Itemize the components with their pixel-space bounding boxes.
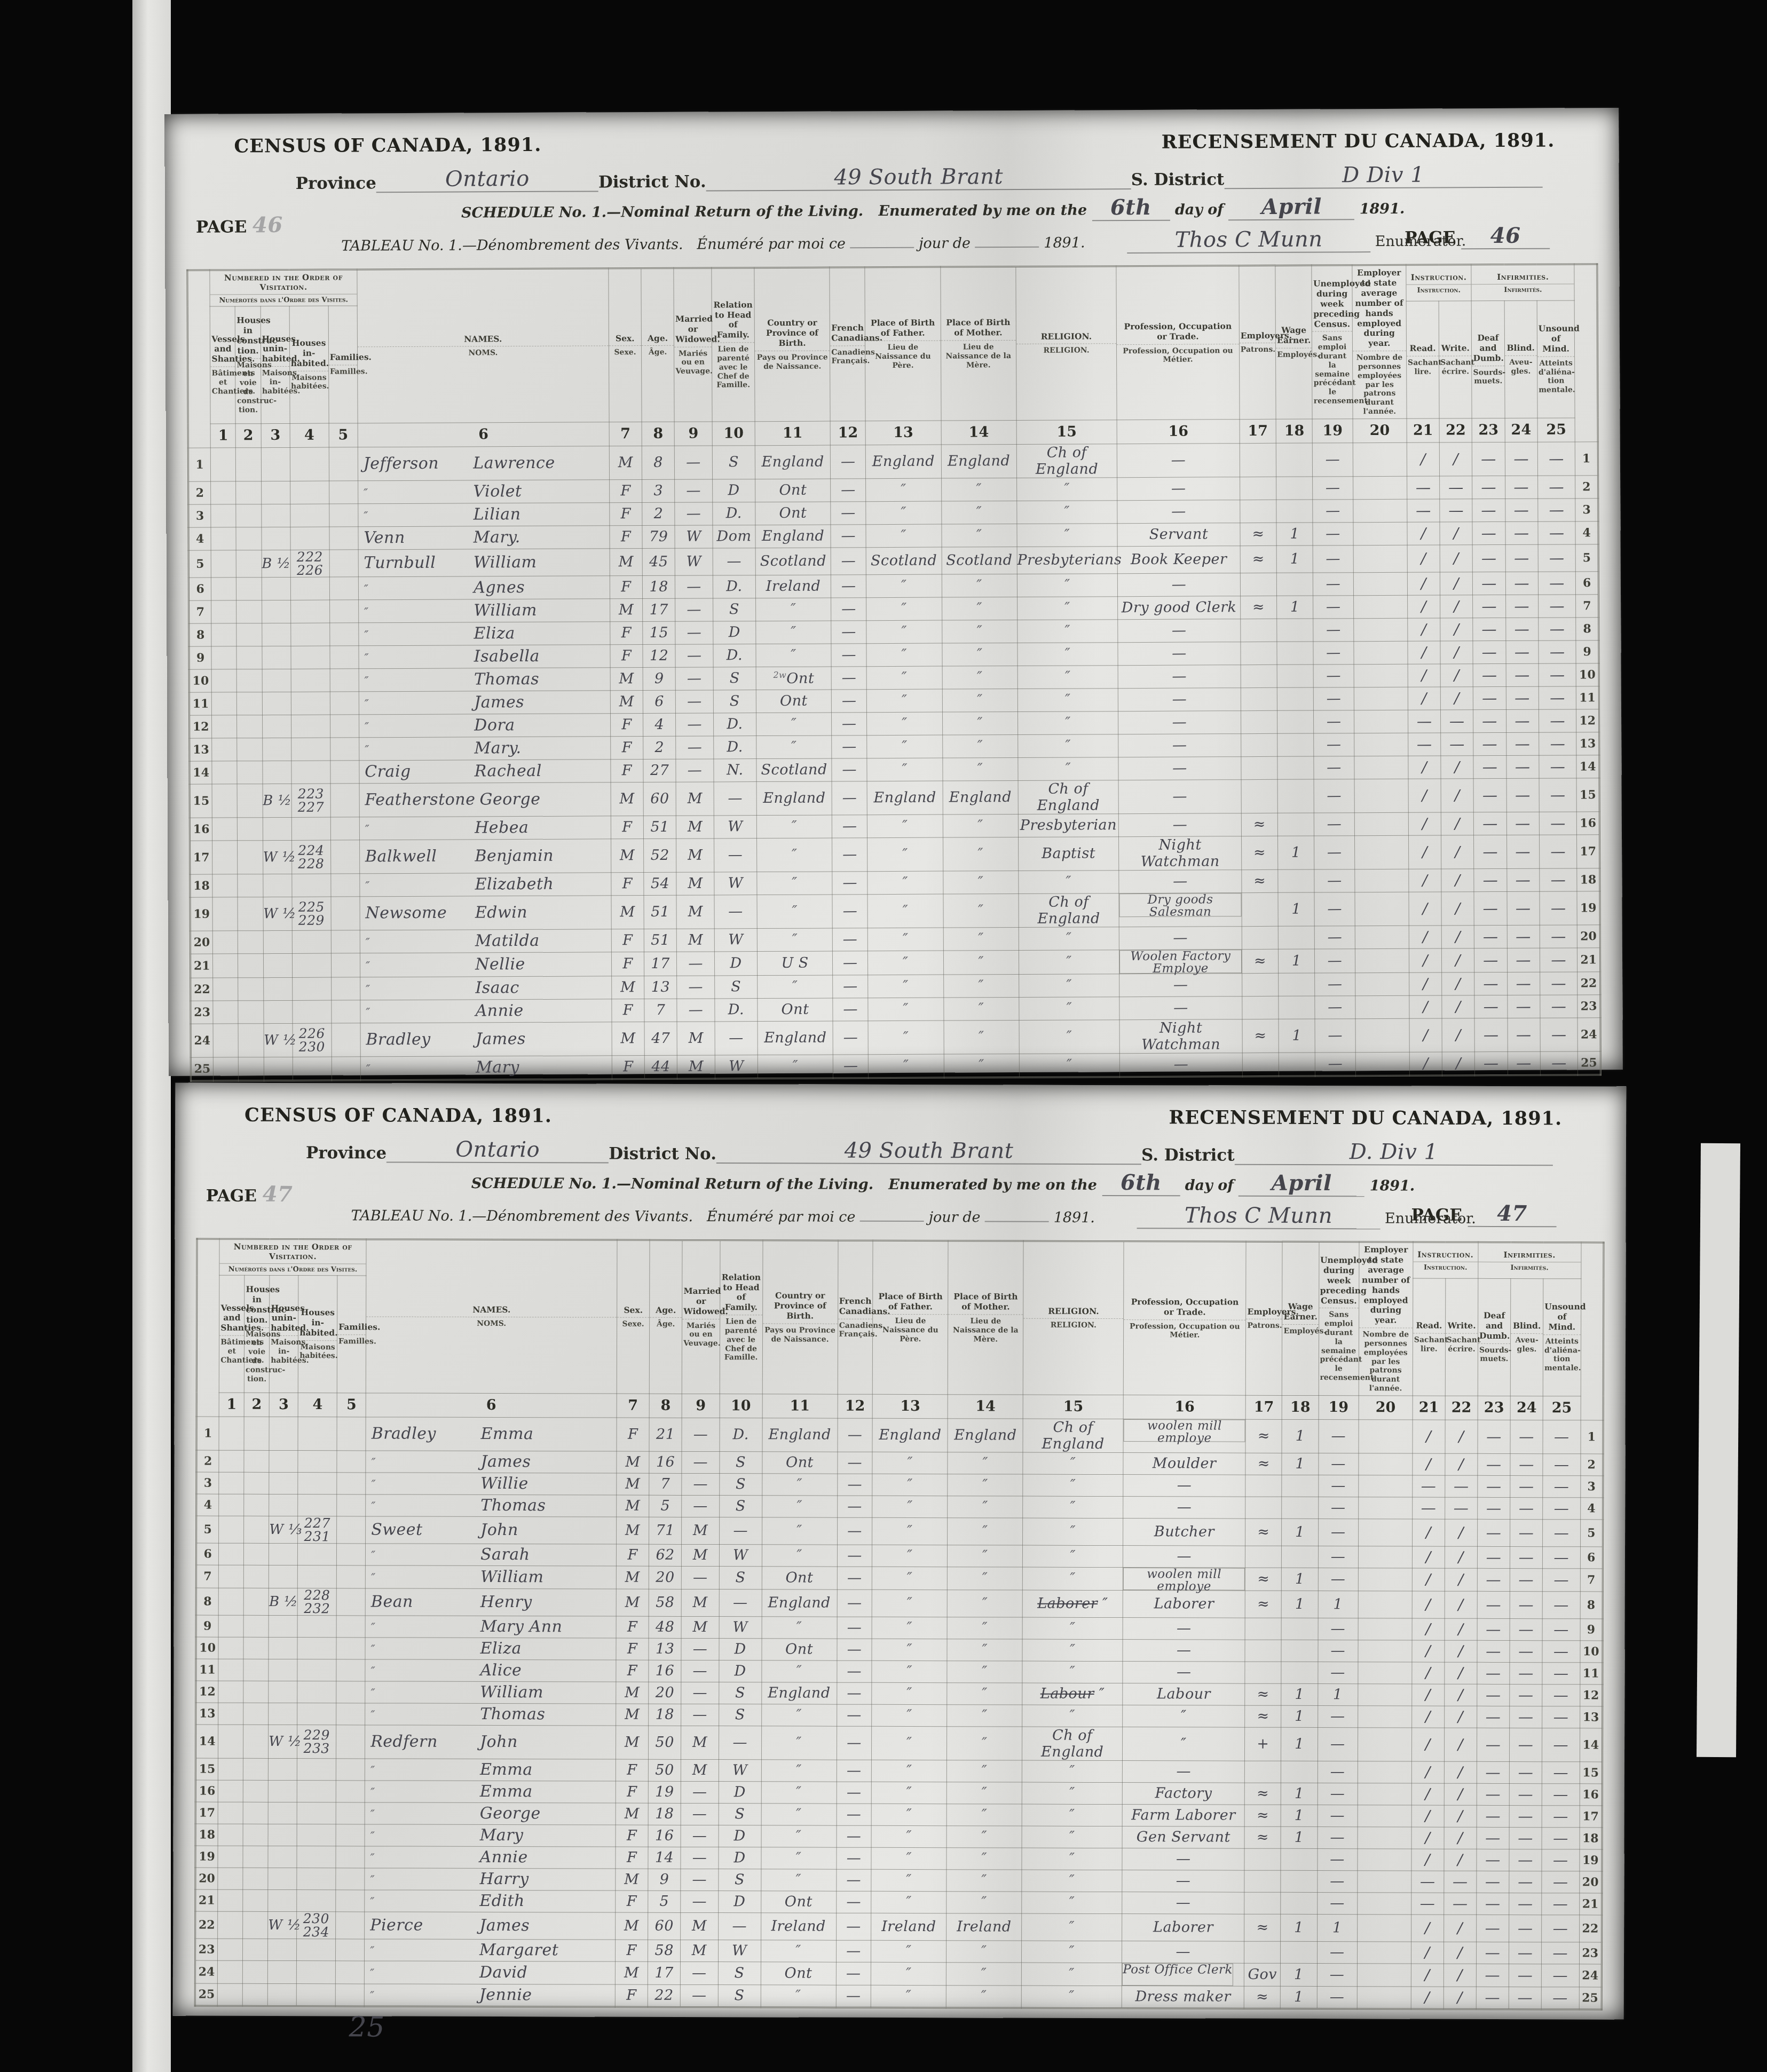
unemployed-cell: — xyxy=(1318,1727,1358,1761)
house-note-cell xyxy=(262,623,290,646)
write-cell: / xyxy=(1443,1964,1476,1987)
read-cell: / xyxy=(1409,995,1442,1018)
given-name: Nellie xyxy=(471,955,525,974)
blind-cell: — xyxy=(1510,1475,1543,1497)
construction-cell xyxy=(244,1472,269,1494)
employer-cell xyxy=(1245,1662,1281,1683)
vessels-cell xyxy=(219,1494,244,1516)
sex-cell: M xyxy=(617,1473,649,1495)
schedule-block: PAGE 47 SCHEDULE No. 1.—Nominal Return o… xyxy=(175,1167,1626,1239)
read-cell: / xyxy=(1409,892,1441,926)
name-cell: ″Hebea xyxy=(359,816,611,840)
hands-cell xyxy=(1354,641,1408,664)
age-cell: 17 xyxy=(648,1962,680,1984)
wage-cell: 1 xyxy=(1282,1568,1318,1591)
table-row: 20″HarryM9—S″—″″″———————20 xyxy=(195,1868,1602,1893)
house-number-cell: 229233 xyxy=(297,1725,336,1758)
table-row: 8B ½228232BeanHenryM58M—England—″″Labore… xyxy=(196,1588,1603,1619)
wage-cell xyxy=(1281,1662,1318,1683)
blind-cell: — xyxy=(1509,1728,1542,1761)
religion-cell: ″ xyxy=(1019,927,1119,950)
struck-religion-entry: Labour xyxy=(1040,1686,1094,1702)
surname: Turnbull xyxy=(359,553,470,573)
name-cell: ″William xyxy=(365,1681,616,1704)
father-birth-cell: ″ xyxy=(867,871,943,895)
house-number-cell: 222226 xyxy=(290,550,329,577)
wage-cell: 1 xyxy=(1281,1826,1317,1848)
mother-birth-cell: Scotland xyxy=(942,547,1017,574)
row-number-left: 22 xyxy=(191,978,214,1001)
column-header-14: Place of Birth of Mother.Lieu de Naissan… xyxy=(940,266,1016,420)
sex-cell: F xyxy=(611,929,644,952)
relation-cell: D xyxy=(719,1781,761,1803)
group-visitation-fr: Numérotés dans l'Ordre des Visites. xyxy=(210,294,357,304)
family-no: 234 xyxy=(297,1925,335,1939)
mother-birth-cell: ″ xyxy=(943,871,1018,894)
deaf-cell: — xyxy=(1477,1568,1510,1591)
column-header-18: Wage Earner.Employés. xyxy=(1275,265,1313,419)
vessels-cell xyxy=(212,818,238,841)
unemployed-cell: — xyxy=(1318,1805,1358,1826)
write-cell: / xyxy=(1445,1662,1477,1684)
age-cell: 58 xyxy=(649,1589,681,1616)
table-row: 18″MaryF16—D″—″″″Gen Servant≈1—//———18 xyxy=(195,1824,1602,1849)
unemployed-cell: — xyxy=(1315,949,1355,973)
mother-birth-cell: ″ xyxy=(948,1496,1023,1518)
sdistrict-label: S. District xyxy=(1131,170,1225,189)
birthplace-cell: ″ xyxy=(762,1545,837,1567)
relation-cell: Dom xyxy=(713,525,755,548)
read-cell: — xyxy=(1412,1497,1445,1519)
birthplace-cell: England xyxy=(762,1418,838,1452)
house-number-cell xyxy=(293,1057,332,1080)
page-number-left: 47 xyxy=(263,1182,293,1207)
header-label-en: NAMES. xyxy=(358,331,609,347)
families-cell xyxy=(336,1846,365,1868)
given-name: Lawrence xyxy=(469,454,555,473)
age-cell: 13 xyxy=(649,1638,681,1660)
families-cell xyxy=(336,1703,365,1725)
unemployed-cell: — xyxy=(1314,733,1354,756)
name-cell: ″Mary xyxy=(365,1824,616,1847)
house-number-cell xyxy=(297,1802,336,1824)
district-value: 49 South Brant xyxy=(716,1138,1141,1165)
microfilm-background: CENSUS OF CANADA, 1891. RECENSEMENT DU C… xyxy=(0,0,1767,2072)
deaf-cell: — xyxy=(1472,544,1505,572)
family-no: 228 xyxy=(292,857,330,870)
header-label-fr: Sachant écrire. xyxy=(1439,355,1471,378)
unemployed-cell: 1 xyxy=(1317,1914,1357,1941)
french-cell: — xyxy=(832,815,867,838)
relation-cell: D. xyxy=(713,502,755,525)
unemployed-cell: — xyxy=(1318,1826,1358,1848)
header-label-fr: Pays ou Province de Naissance. xyxy=(763,1323,838,1346)
read-cell: / xyxy=(1407,442,1439,476)
employer-cell xyxy=(1245,1475,1282,1497)
relation-cell: — xyxy=(719,1726,761,1759)
families-cell xyxy=(335,1984,364,2006)
mother-birth-cell: ″ xyxy=(943,837,1019,871)
header-label-en: Unemployed during week preceding Census. xyxy=(1312,276,1352,331)
religion-cell: ″ xyxy=(1019,974,1119,997)
column-number-2: 2 xyxy=(236,423,261,447)
column-header-14: Place of Birth of Mother.Lieu de Naissan… xyxy=(948,1241,1024,1395)
table-row: 5W ⅓227231SweetJohnM71M—″—″″″Butcher≈1—/… xyxy=(196,1516,1603,1547)
column-number-25: 25 xyxy=(1543,1396,1581,1420)
blind-cell: — xyxy=(1505,476,1537,499)
mother-birth-cell: ″ xyxy=(942,620,1017,643)
age-cell: 16 xyxy=(648,1825,681,1847)
hands-cell xyxy=(1358,1546,1412,1568)
deaf-cell: — xyxy=(1474,891,1506,925)
district-label: District No. xyxy=(609,1144,716,1164)
unemployed-cell: — xyxy=(1315,996,1355,1019)
deaf-cell: — xyxy=(1476,1964,1509,1987)
deaf-cell: — xyxy=(1477,1640,1510,1662)
read-cell: / xyxy=(1409,1018,1442,1052)
married-cell: M xyxy=(682,1517,720,1544)
relation-cell: S xyxy=(719,1869,761,1891)
unemployed-cell: — xyxy=(1317,1892,1357,1914)
hands-cell xyxy=(1358,1761,1411,1783)
column-number-9: 9 xyxy=(674,422,712,446)
sex-cell: M xyxy=(610,667,643,690)
married-cell: M xyxy=(677,1055,715,1079)
construction-cell xyxy=(236,447,261,481)
employer-cell xyxy=(1241,619,1277,642)
vessels-cell xyxy=(212,761,237,784)
families-cell xyxy=(337,1451,366,1473)
row-number-left: 2 xyxy=(188,481,211,504)
occupation-cell: Dry goods Salesman xyxy=(1119,893,1242,917)
header-label-en: Place of Birth of Mother. xyxy=(948,1290,1023,1315)
wage-cell xyxy=(1281,1761,1318,1783)
column-header-19: Unemployed during week preceding Census.… xyxy=(1319,1242,1359,1396)
married-cell: M xyxy=(681,1589,719,1616)
house-note-cell xyxy=(269,1615,297,1637)
header-label-fr: Familles. xyxy=(337,1334,366,1348)
unsound-cell: — xyxy=(1543,1420,1581,1453)
religion-cell: ″ xyxy=(1017,619,1118,643)
construction-cell xyxy=(236,623,262,646)
given-name: Sarah xyxy=(476,1545,530,1564)
house-number-cell xyxy=(291,692,330,715)
unemployed-cell: — xyxy=(1318,1640,1358,1662)
age-cell: 3 xyxy=(642,479,675,502)
construction-cell xyxy=(244,1494,269,1516)
header-label-en: Relation to Head of Family. xyxy=(712,298,754,343)
row-number-right: 23 xyxy=(1579,1942,1602,1964)
row-number-right: 1 xyxy=(1575,442,1598,476)
row-number-left: 25 xyxy=(195,1983,217,2006)
married-cell: M xyxy=(676,782,714,816)
write-cell: / xyxy=(1442,995,1474,1018)
religion-cell: ″ xyxy=(1017,500,1118,524)
age-cell: 60 xyxy=(648,1912,681,1940)
construction-cell xyxy=(237,761,262,784)
name-cell: JeffersonLawrence xyxy=(358,446,609,481)
unsound-cell: — xyxy=(1543,1475,1581,1497)
mother-birth-cell: ″ xyxy=(941,524,1016,547)
unsound-cell: — xyxy=(1539,618,1576,640)
house-number-cell xyxy=(297,1758,336,1780)
mother-birth-cell: ″ xyxy=(947,1760,1022,1782)
employer-cell xyxy=(1240,500,1276,523)
age-cell: 27 xyxy=(643,759,676,782)
read-cell: / xyxy=(1412,1546,1445,1568)
row-number-left: 13 xyxy=(190,738,212,761)
employer-cell xyxy=(1245,1546,1282,1568)
age-cell: 60 xyxy=(643,782,676,816)
religion-cell: ″ xyxy=(1017,573,1118,597)
religion-cell: ″ xyxy=(1023,1545,1123,1567)
occupation-cell: — xyxy=(1123,1617,1245,1640)
name-cell: ″George xyxy=(365,1802,616,1825)
blind-cell: — xyxy=(1509,1783,1542,1805)
unsound-cell: — xyxy=(1543,1453,1581,1475)
house-number-cell xyxy=(290,600,329,623)
families-cell xyxy=(337,1544,366,1565)
unemployed-cell: — xyxy=(1314,710,1354,733)
house-note-cell xyxy=(267,1983,296,2006)
deaf-cell: — xyxy=(1477,1519,1510,1546)
relation-cell: — xyxy=(714,781,756,815)
families-cell xyxy=(330,817,359,840)
birthplace-cell: England xyxy=(762,1589,837,1617)
religion-cell: ″ xyxy=(1017,523,1118,547)
religion-cell: Laborer ″ xyxy=(1022,1590,1123,1617)
married-cell: — xyxy=(681,1682,719,1704)
given-name: Hebea xyxy=(470,818,528,837)
row-number-left: 11 xyxy=(196,1659,218,1681)
blind-cell: — xyxy=(1510,1420,1543,1453)
mother-birth-cell: ″ xyxy=(942,734,1017,758)
construction-cell xyxy=(236,481,261,504)
unsound-cell: — xyxy=(1539,778,1577,812)
family-no: 227 xyxy=(291,800,330,813)
employer-cell xyxy=(1244,1892,1281,1914)
name-cell: ″Alice xyxy=(365,1659,616,1682)
table-row: 7″WilliamM20—SOnt—″″″woolen mill employe… xyxy=(196,1565,1603,1592)
religion-cell: ″ xyxy=(1022,1892,1122,1913)
row-number-left: 21 xyxy=(190,954,213,978)
sex-cell: F xyxy=(610,621,643,644)
column-number-3: 3 xyxy=(261,423,290,447)
row-number-right: 23 xyxy=(1577,995,1600,1018)
row-number-left: 16 xyxy=(190,818,212,841)
house-note-cell: W ½ xyxy=(269,1725,297,1758)
group-instruction: Instruction.Instruction. xyxy=(1413,1242,1478,1279)
employer-cell: ≈ xyxy=(1245,1591,1281,1618)
french-cell: — xyxy=(833,928,868,951)
hands-cell xyxy=(1354,869,1408,892)
column-header-10: Relation to Head of Family.Lien de paren… xyxy=(712,268,755,422)
blind-cell: — xyxy=(1510,1640,1542,1662)
mother-birth-cell: ″ xyxy=(948,1545,1023,1567)
age-cell: 5 xyxy=(649,1495,682,1517)
read-cell: / xyxy=(1411,1987,1443,2009)
header-label-fr: Nombre de personnes employées par les pa… xyxy=(1359,1328,1413,1396)
given-name: Thomas xyxy=(470,670,539,689)
religion-cell: ″ xyxy=(1023,1496,1123,1518)
sex-cell: M xyxy=(611,782,643,816)
vessels-cell xyxy=(218,1802,243,1824)
read-cell: — xyxy=(1407,499,1440,522)
page-label-left: PAGE 47 xyxy=(206,1182,293,1207)
unsound-cell: — xyxy=(1542,1849,1580,1871)
sex-cell: F xyxy=(611,736,643,759)
unemployed-cell: — xyxy=(1315,973,1355,996)
wage-cell: 1 xyxy=(1279,949,1315,973)
occupation-cell: Book Keeper xyxy=(1117,545,1240,573)
religion-cell: ″ xyxy=(1019,870,1119,893)
married-cell: — xyxy=(675,598,713,621)
unsound-cell: — xyxy=(1538,544,1576,572)
given-name: Eliza xyxy=(469,624,515,643)
deaf-cell: — xyxy=(1477,1618,1510,1640)
house-number-cell xyxy=(298,1565,337,1588)
employer-cell xyxy=(1241,733,1277,756)
married-cell: M xyxy=(676,839,714,872)
deaf-cell: — xyxy=(1473,755,1506,778)
age-cell: 71 xyxy=(649,1517,682,1544)
french-cell: — xyxy=(831,502,866,525)
religion-cell: ″ xyxy=(1019,997,1120,1020)
house-note-cell xyxy=(262,600,290,623)
row-number-right: 13 xyxy=(1576,732,1599,755)
mother-birth-cell: ″ xyxy=(942,689,1017,712)
deaf-cell: — xyxy=(1477,1591,1510,1618)
wage-cell xyxy=(1279,996,1315,1019)
deaf-cell: — xyxy=(1477,1915,1509,1942)
house-note-cell xyxy=(263,1000,292,1023)
relation-cell: W xyxy=(718,1940,761,1962)
house-number-cell xyxy=(291,669,330,692)
french-cell: — xyxy=(837,1682,872,1704)
blind-cell: — xyxy=(1509,1964,1541,1987)
age-cell: 5 xyxy=(648,1891,681,1912)
read-cell: / xyxy=(1409,869,1441,892)
unsound-cell: — xyxy=(1542,1761,1580,1783)
vessels-cell xyxy=(211,578,236,600)
group-visitation: Numbered in the Order of Visitation.Numé… xyxy=(219,1239,366,1276)
mother-birth-cell: ″ xyxy=(948,1452,1023,1474)
mother-birth-cell: ″ xyxy=(947,1661,1022,1683)
deaf-cell: — xyxy=(1473,618,1505,640)
age-cell: 52 xyxy=(644,839,676,872)
given-name: Agnes xyxy=(469,578,525,597)
header-label-en: Unsound of Mind. xyxy=(1537,322,1575,357)
name-cell: ″Lilian xyxy=(358,503,610,527)
surname: ″ xyxy=(358,510,469,524)
write-cell: — xyxy=(1441,710,1473,733)
row-number-right: 17 xyxy=(1577,835,1600,868)
married-cell: M xyxy=(681,1616,719,1638)
deaf-cell: — xyxy=(1477,1849,1509,1871)
house-number-cell xyxy=(290,504,329,527)
read-cell: / xyxy=(1411,1849,1444,1871)
write-cell: / xyxy=(1440,687,1473,710)
occupation-cell: ″ xyxy=(1123,1727,1245,1761)
relation-cell: D xyxy=(713,621,756,644)
blind-cell: — xyxy=(1510,1453,1543,1475)
census-table-host-46: Numbered in the Order of Visitation.Numé… xyxy=(186,263,1602,1081)
age-cell: 18 xyxy=(648,1803,681,1825)
wage-cell xyxy=(1277,619,1313,642)
hands-cell xyxy=(1353,499,1407,522)
religion-cell: Ch of England xyxy=(1019,893,1119,927)
wage-cell: 1 xyxy=(1281,1986,1317,2008)
deaf-cell: — xyxy=(1477,1546,1510,1568)
header-label-fr: Mariés ou en Veuvage. xyxy=(674,346,712,378)
given-name: Annie xyxy=(475,1848,527,1867)
married-cell: — xyxy=(677,976,715,999)
table-row: 15B ½223227FeatherstoneGeorgeM60M—Englan… xyxy=(190,778,1599,818)
header-label-fr: NOMS. xyxy=(366,1317,617,1331)
hands-cell xyxy=(1358,1684,1411,1706)
religion-cell: Ch of England xyxy=(1018,780,1119,814)
sex-cell: M xyxy=(609,446,642,479)
birthplace-cell: England xyxy=(755,445,831,479)
write-cell: / xyxy=(1443,1942,1476,1964)
french-cell: — xyxy=(832,872,867,895)
header-label-fr: Maisons in- habitées. xyxy=(261,366,289,398)
father-birth-cell: ″ xyxy=(866,574,942,598)
employer-cell: ≈ xyxy=(1245,1783,1281,1805)
blind-cell: — xyxy=(1509,1987,1541,2009)
sex-cell: M xyxy=(616,1803,648,1825)
birthplace-cell: Ont xyxy=(755,479,831,502)
french-cell: — xyxy=(837,1496,872,1517)
unemployed-cell: — xyxy=(1314,687,1354,710)
house-note-cell xyxy=(268,1939,297,1960)
religion-cell: ″ xyxy=(1017,642,1118,666)
occupation-cell: — xyxy=(1118,665,1241,688)
married-cell: — xyxy=(682,1418,720,1451)
row-number-right: 5 xyxy=(1580,1520,1603,1547)
name-cell: ″Thomas xyxy=(366,1494,617,1517)
surname: ″ xyxy=(365,1687,476,1701)
families-cell xyxy=(330,692,359,715)
house-note-cell xyxy=(269,1703,297,1725)
wage-cell xyxy=(1277,642,1313,665)
column-header-9: Married or Widowed.Mariés ou en Veuvage. xyxy=(682,1240,720,1394)
employer-cell: ≈ xyxy=(1244,1986,1281,2008)
surname: ″ xyxy=(358,487,469,501)
deaf-cell: — xyxy=(1477,1761,1509,1783)
vessels-cell xyxy=(218,1889,243,1911)
employer-cell xyxy=(1240,477,1276,500)
married-cell: — xyxy=(676,759,714,782)
vessels-cell xyxy=(212,715,237,738)
row-number-left: 3 xyxy=(196,1472,219,1494)
unsound-cell: — xyxy=(1538,572,1576,595)
house-note-cell xyxy=(264,1057,293,1080)
occupation-cell: — xyxy=(1119,1053,1242,1077)
blind-cell: — xyxy=(1506,686,1539,709)
row-number-right: 8 xyxy=(1576,618,1599,640)
surname: ″ xyxy=(365,1830,476,1844)
surname: ″ xyxy=(360,960,471,974)
father-birth-cell: ″ xyxy=(871,1962,946,1985)
unsound-cell: — xyxy=(1540,995,1578,1018)
header-label-en: Deaf and Dumb. xyxy=(1478,1309,1510,1343)
page-number-right: 47 xyxy=(1468,1201,1557,1227)
families-cell xyxy=(331,930,360,953)
mother-birth-cell: ″ xyxy=(948,1518,1023,1545)
married-cell: M xyxy=(681,1912,719,1940)
birthplace-cell: ″ xyxy=(756,621,831,644)
